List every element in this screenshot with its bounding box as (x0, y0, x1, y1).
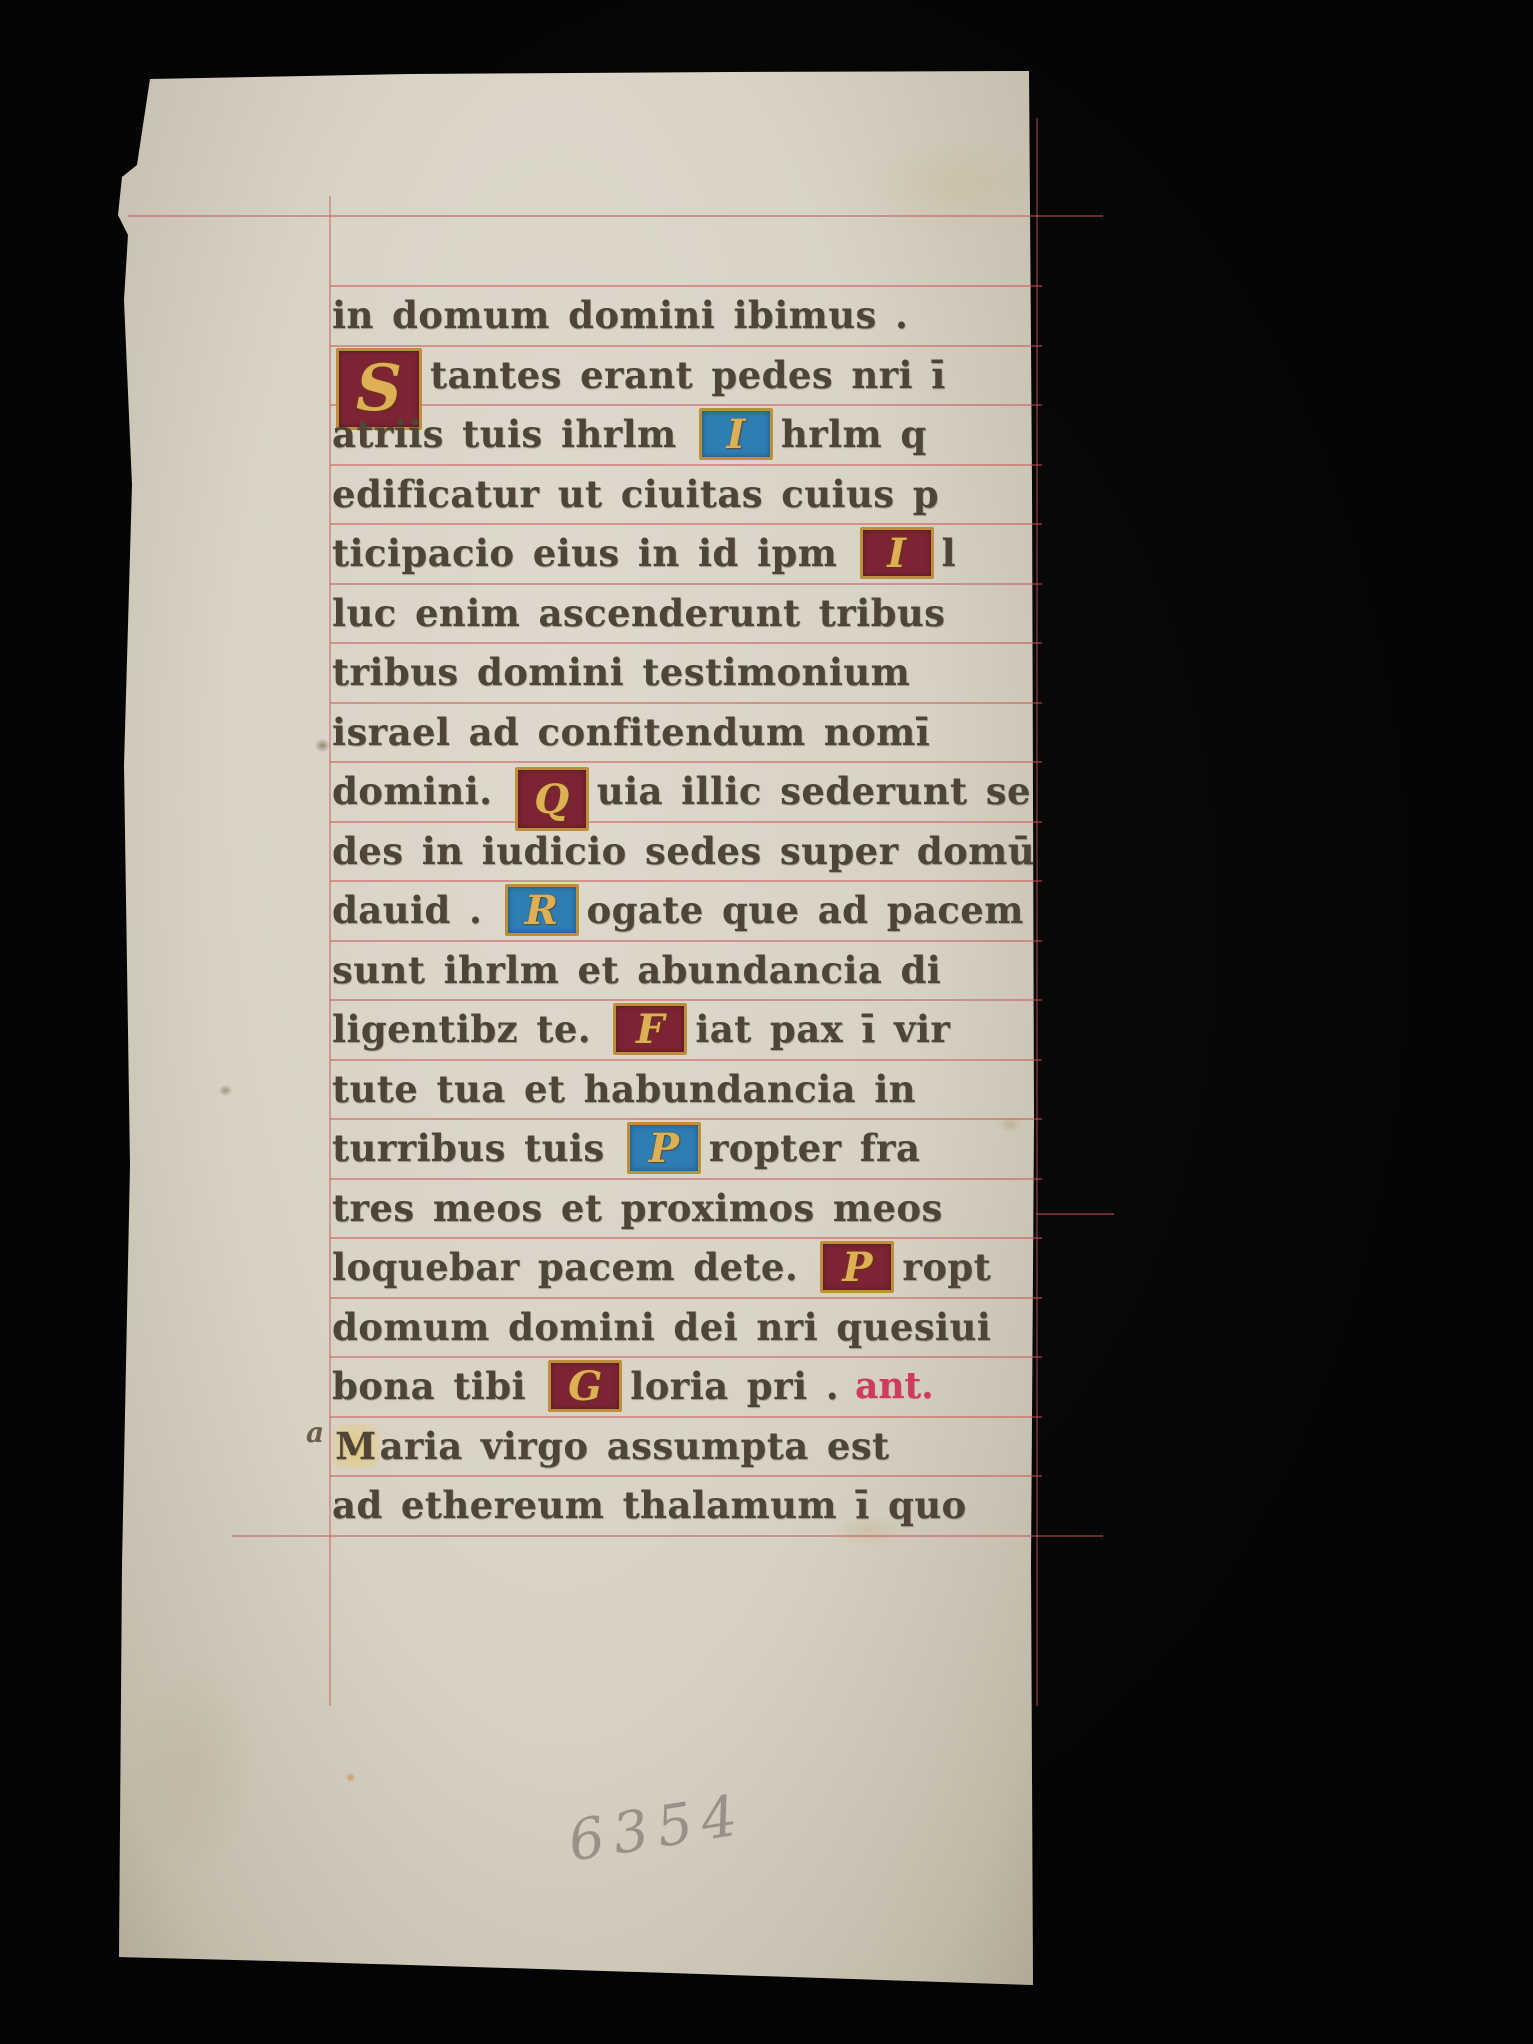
script-text: hrlm q (781, 412, 927, 456)
script-line-9: domini. Quia illic sederunt se (332, 761, 1031, 821)
script-line-13: ligentibz te. Fiat pax ī vir (332, 999, 950, 1059)
script-line-4: edificatur ut ciuitas cuius p (332, 464, 939, 524)
script-line-8: israel ad confitendum nomī (332, 702, 930, 762)
script-text: tribus domini testimonium (332, 650, 910, 694)
script-text: sunt ihrlm et abundancia di (332, 948, 941, 992)
script-line-21: ad ethereum thalamum ī quo (332, 1475, 967, 1535)
guide-letter: a (306, 1416, 324, 1449)
script-text: luc enim ascenderunt tribus (332, 591, 945, 635)
illuminated-initial-I: I (699, 408, 773, 460)
script-line-1: in domum domini ibimus . (332, 285, 908, 345)
script-text: loquebar pacem dete. (332, 1245, 816, 1289)
script-text: domum domini dei nri quesiui (332, 1305, 991, 1349)
script-text: des in iudicio sedes super domū (332, 829, 1035, 873)
script-text: israel ad confitendum nomī (332, 710, 930, 754)
script-text: ligentibz te. (332, 1007, 609, 1051)
script-text: dauid . (332, 888, 501, 932)
rubric-text: ant. (855, 1365, 934, 1407)
ruling-line (1036, 1213, 1114, 1215)
script-line-15: turribus tuis Propter fra (332, 1118, 920, 1178)
photo-backdrop: in domum domini ibimus .Stantes erant pe… (0, 0, 1533, 2044)
script-text: tantes erant pedes nri ī (430, 353, 946, 397)
script-text: iat pax ī vir (695, 1007, 950, 1051)
ruling-line (128, 215, 1103, 217)
script-text: turribus tuis (332, 1126, 623, 1170)
script-text: tres meos et proximos meos (332, 1186, 943, 1230)
script-text: ogate que ad pacem (587, 888, 1024, 932)
script-text: loria pri . (630, 1364, 839, 1408)
script-line-18: domum domini dei nri quesiui (332, 1297, 991, 1357)
script-line-6: luc enim ascenderunt tribus (332, 583, 945, 643)
script-line-5: ticipacio eius in id ipm Il (332, 523, 956, 583)
script-line-19: bona tibi Gloria pri .ant. (332, 1356, 934, 1416)
script-text: edificatur ut ciuitas cuius p (332, 472, 939, 516)
illuminated-initial-I: I (860, 527, 934, 579)
illuminated-initial-P: P (627, 1122, 701, 1174)
script-text: ticipacio eius in id ipm (332, 531, 856, 575)
script-line-10: des in iudicio sedes super domū (332, 821, 1035, 881)
script-text: bona tibi (332, 1364, 544, 1408)
script-text: l (942, 531, 956, 575)
script-line-12: sunt ihrlm et abundancia di (332, 940, 941, 1000)
script-text: tute tua et habundancia in (332, 1067, 916, 1111)
script-line-16: tres meos et proximos meos (332, 1178, 943, 1238)
illuminated-initial-F: F (613, 1003, 687, 1055)
script-text: uia illic sederunt se (597, 769, 1031, 813)
ruling-line (329, 196, 331, 1706)
script-text: ad ethereum thalamum ī quo (332, 1483, 967, 1527)
script-text: ropter fra (709, 1126, 920, 1170)
script-line-2: Stantes erant pedes nri ī (332, 345, 946, 405)
illuminated-initial-P: P (820, 1241, 894, 1293)
script-text: domini. (332, 769, 511, 813)
script-text: atriis tuis ihrlm (332, 412, 695, 456)
script-line-14: tute tua et habundancia in (332, 1059, 916, 1119)
script-line-3: atriis tuis ihrlm Ihrlm q (332, 404, 927, 464)
script-line-20: aMaria virgo assumpta est (332, 1416, 890, 1476)
script-line-7: tribus domini testimonium (332, 642, 910, 702)
script-text: in domum domini ibimus . (332, 293, 908, 337)
script-text: aria virgo assumpta est (380, 1424, 890, 1468)
ruling-line (1036, 118, 1038, 1706)
script-line-17: loquebar pacem dete. Propt (332, 1237, 991, 1297)
illuminated-initial-G: G (548, 1360, 622, 1412)
script-line-11: dauid . Rogate que ad pacem (332, 880, 1024, 940)
illuminated-initial-R: R (505, 884, 579, 936)
washed-capital: M (332, 1424, 379, 1468)
script-text: ropt (902, 1245, 991, 1289)
